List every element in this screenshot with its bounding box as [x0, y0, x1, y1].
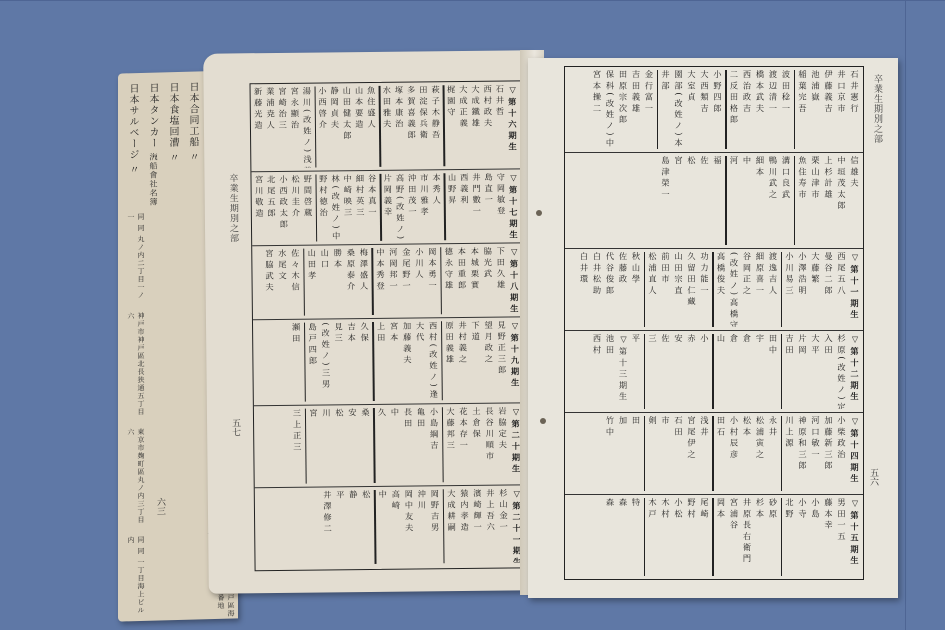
graduate-name: 原田義雄 [443, 321, 457, 400]
graduate-name: 井原長右衛門 [741, 498, 754, 576]
graduate-name: 川 [320, 408, 334, 483]
graduate-name: 宮尾伊之 [685, 416, 698, 491]
graduate-name: 静岡貞夫 [329, 86, 342, 167]
graduate-name: 島戸四郎 [306, 323, 320, 402]
graduate-name: 入田 [822, 334, 835, 409]
period-header: ▽第十六期生 [506, 84, 519, 165]
graduate-name: 渡辺清一 [767, 70, 780, 149]
column-divider [712, 334, 714, 409]
address: 東京市麹町區丸ノ内三丁目六 [126, 428, 146, 531]
graduate-name: 神原和三郎 [796, 416, 809, 491]
graduate-name: 代谷俊郎 [604, 252, 617, 327]
period-block: ▽第十四期生小柴政治加藤新三郎河口敏一神原和三郎川上源永井松浦寅之松本小村辰彦田… [565, 413, 863, 495]
graduate-name: 白井環 [578, 252, 591, 327]
graduate-name: 本城栗實 [468, 247, 482, 314]
graduate-name: 小野四郎 [711, 70, 724, 149]
graduate-name: 宮 [307, 409, 321, 484]
period-header: ▽第十五期生 [848, 498, 861, 576]
graduate-name: 森 [604, 498, 617, 576]
graduate-name: 森 [617, 498, 630, 576]
page-number: 五七 [229, 418, 242, 436]
graduate-name: 小寺 [796, 498, 809, 576]
graduate-name: 大平 [809, 334, 822, 409]
graduate-name: 島津榮一 [659, 156, 672, 245]
graduate-name: 新藤光造 [252, 87, 265, 168]
graduate-name: 小西政太郎 [278, 175, 291, 242]
graduate-name: 細原喜一 [754, 252, 767, 327]
column-divider [644, 498, 646, 576]
graduate-name: 脇光武 [481, 247, 495, 314]
graduate-name: 多賀喜義郎 [405, 85, 418, 166]
graduate-name: 西村政夫 [482, 85, 495, 166]
graduate-name: 田淀保兵衛 [418, 85, 431, 166]
graduate-name: 高崎 [389, 490, 403, 564]
graduate-name: 久留田仁藏 [685, 252, 698, 327]
graduate-name: 萩子木静吾 [430, 85, 443, 166]
graduate-name: 川上源 [783, 416, 796, 491]
graduate-name: 石井憲行 [848, 70, 861, 149]
graduate-name: 石田 [672, 416, 685, 491]
graduate-name: 小西啓介 [317, 86, 330, 167]
graduate-name: 吉田義雄 [630, 70, 643, 149]
graduate-name: 下田久雄 [494, 247, 508, 314]
graduate-name: 市 [659, 416, 672, 491]
graduate-name: 田 [630, 416, 643, 491]
graduate-name: 安 [346, 408, 360, 483]
section-title: 汽船會社名簿 [148, 152, 159, 206]
graduate-name: 小川人 [413, 247, 427, 314]
column-divider [781, 416, 783, 491]
graduate-name: 山野昇 [446, 173, 459, 240]
graduate-name: 宮浦谷 [728, 498, 741, 576]
graduate-name: 市川雅孝 [419, 173, 432, 240]
graduate-name: 田中 [767, 334, 780, 409]
left-page: 卒業生期別之部 五七 ▽第十六期生石井哲西村政夫大成鐵雄大成正義梶園守萩子木静吾… [203, 50, 535, 593]
graduate-name: 男田一五 [835, 498, 848, 576]
graduate-name: 小柴政治 [835, 416, 848, 491]
graduate-name: 金尾野一 [400, 248, 414, 315]
graduate-name: 溝口良武 [780, 156, 793, 245]
graduate-name: 井門數一 [471, 173, 484, 240]
graduate-name: 西村(改姓ノ)逢文夫 [426, 321, 440, 400]
page-number: 五六 [867, 468, 880, 486]
graduate-name: 岡本 [715, 498, 728, 576]
graduate-name: 岩脇定夫 [496, 407, 510, 482]
graduate-name: 細村英三 [354, 174, 367, 241]
graduate-name: 大室貞 [685, 70, 698, 149]
graduate-name: 福 [711, 156, 724, 245]
graduate-name: (改姓ノ)三男 [319, 322, 333, 401]
graduate-name: 松浦直人 [646, 252, 659, 327]
graduate-name: 石井哲 [494, 85, 507, 166]
graduate-name: 勝本 [331, 248, 345, 315]
graduate-name: 佐々木信 [289, 249, 303, 316]
graduate-name: 小島綱吉 [427, 407, 441, 482]
column-divider [781, 498, 783, 576]
graduate-name: 加藤義夫 [400, 322, 414, 401]
graduate-name: 中本秀登 [374, 248, 388, 315]
graduate-name: 松本 [741, 416, 754, 491]
graduate-name: 小村辰彦 [728, 416, 741, 491]
column-divider [712, 498, 714, 576]
graduate-name: 野間啓蔵 [302, 175, 315, 242]
graduate-name: 本秀人 [431, 173, 444, 240]
graduate-name: 秋山學 [630, 252, 643, 327]
graduate-name: ▽第十三期生 [617, 334, 630, 409]
graduate-name: 見三 [332, 322, 346, 401]
period-header: ▽第十八期生 [507, 246, 521, 313]
graduate-name: 浅井 [698, 416, 711, 491]
graduate-name: 岡中友夫 [402, 490, 416, 564]
column-divider [794, 156, 796, 245]
graduate-name: 稲葉完吾 [796, 70, 809, 149]
graduate-name: 宮脇武夫 [263, 249, 277, 316]
period-block: ▽第二十一期生杉山金一井上吾六濱崎輝一猿内孝造大成耕嗣岡野吉男沖川岡中友夫高崎中… [255, 485, 526, 568]
graduate-name: 宮 [672, 156, 685, 245]
graduate-name: 加藤新三郎 [822, 416, 835, 491]
graduate-name: 宮本操二 [591, 70, 604, 149]
graduate-name: 西尾五八 [835, 252, 848, 327]
graduate-name: 河口敏一 [809, 416, 822, 491]
graduate-name: 井村義之 [456, 321, 470, 400]
graduate-name: 梅澤盛人 [357, 248, 371, 315]
graduate-name: 大成耕嗣 [445, 489, 459, 563]
column-divider [725, 156, 727, 245]
graduate-name: 平 [334, 490, 348, 564]
graduate-name: 佐 [659, 334, 672, 409]
graduate-name: 中 [741, 156, 754, 245]
right-page: 卒業生期別之部 五六 石井憲行井口京市伊藤義吉池浦嶽稲葉完吾波田稔一渡辺清一橋本… [528, 58, 898, 598]
graduate-name: 中垣茂太郎 [835, 156, 848, 245]
period-header: ▽第十二期生 [848, 334, 861, 409]
graduate-name: 井口京市 [835, 70, 848, 149]
graduate-name: 大成正義 [458, 85, 471, 166]
period-block: ▽第十八期生下田久雄脇光武本城栗實本田重郎德永守雄岡本勇一小川人金尾野一河岡邦一… [252, 243, 523, 320]
graduate-name: 宇 [754, 334, 767, 409]
period-block: ▽第十九期生見野正三郎望月政之下道井村義之原田義雄西村(改姓ノ)逢文夫大代加藤義… [253, 317, 524, 406]
column-divider [725, 70, 727, 149]
column-divider [644, 252, 646, 327]
company-name: 日本合同工船 〃 [185, 81, 200, 251]
surface-edge-line [0, 0, 945, 1]
graduate-name: 中崎映三 [342, 174, 355, 241]
address: 神戸市神戸區北長狭通五丁目六 [126, 312, 146, 423]
graduate-name: 保科(改姓ノ)中登 [604, 70, 617, 149]
graduate-name: 見野正三郎 [495, 321, 509, 400]
graduate-name: 望月政之 [482, 321, 496, 400]
graduate-name: 岡本勇一 [426, 247, 440, 314]
graduate-name: 井部 [659, 70, 672, 149]
graduate-name: 山田宗直 [672, 252, 685, 327]
graduate-name: 田原宗次郎 [617, 70, 630, 149]
graduate-name: 井上吾六 [484, 489, 498, 563]
graduate-name: 杉本 [754, 498, 767, 576]
graduate-name: 大藤邦三 [444, 407, 458, 482]
graduate-name: 橋本武夫 [754, 70, 767, 149]
graduate-name: 山田孝 [305, 249, 319, 316]
address: 同 同 一丁目海上ビル内 [126, 536, 146, 621]
column-divider [712, 252, 714, 327]
graduate-name: 北尾五郎 [265, 175, 278, 242]
graduate-name: 尾崎 [698, 498, 711, 576]
graduate-name: 栗山津市 [809, 156, 822, 245]
graduate-name: 吉田 [783, 334, 796, 409]
graduate-name: 河岡邦一 [387, 248, 401, 315]
graduate-name: 沖田茂一 [406, 173, 419, 240]
graduate-name: 桑原泰介 [344, 248, 358, 315]
address-list: 同 同 丸ノ内二丁目一ノ一 神戸市神戸區北長狭通五丁目六 東京市麹町區丸ノ内三丁… [126, 213, 146, 622]
graduate-name: 鴨川武之 [767, 156, 780, 245]
graduate-name: 守岡敏登 [495, 173, 508, 240]
binding-hole [536, 210, 542, 216]
graduate-name: (改姓ノ)高橋守一 [728, 252, 741, 327]
graduate-name: 田石 [715, 416, 728, 491]
graduate-name: 砂原 [767, 498, 780, 576]
period-block: ▽第十二期生杉原(改姓ノ)定夫入田大平片岡吉田田中宇倉倉山小赤安佐三平▽第十三期… [565, 331, 863, 413]
graduate-name: 長谷川順市 [483, 407, 497, 482]
column-divider [781, 334, 783, 409]
graduate-name: 宮本 [387, 322, 401, 401]
graduate-name: 松 [360, 490, 374, 564]
graduate-name: 中 [376, 490, 390, 564]
address: 同 同 丸ノ内二丁目一ノ一 [126, 213, 146, 306]
graduate-name: 大代 [413, 321, 427, 400]
graduate-name: 岡野吉男 [428, 489, 442, 563]
graduate-name: 桑 [359, 408, 373, 483]
graduate-name: 功力能一 [698, 252, 711, 327]
graduate-name: 白井松助 [591, 252, 604, 327]
graduate-name: 加 [617, 416, 630, 491]
graduate-name: 大成鐵雄 [470, 85, 483, 166]
graduate-name: 木村 [659, 498, 672, 576]
graduate-name: 倉 [728, 334, 741, 409]
period-block: ▽第十六期生石井哲西村政夫大成鐵雄大成正義梶園守萩子木静吾田淀保兵衛多賀喜義郎塚… [251, 81, 522, 172]
graduate-name: 杉山金一 [497, 489, 511, 563]
graduate-name: 西義利 [459, 173, 472, 240]
graduate-name: 片岡 [796, 334, 809, 409]
period-header: ▽第十一期生 [848, 252, 861, 327]
graduate-name: 河 [728, 156, 741, 245]
graduate-name: 久 [375, 408, 389, 483]
graduate-name: 松 [333, 408, 347, 483]
graduate-name: 剣 [646, 416, 659, 491]
roster-table: ▽第十六期生石井哲西村政夫大成鐵雄大成正義梶園守萩子木静吾田淀保兵衛多賀喜義郎塚… [249, 80, 526, 571]
period-block: ▽第十一期生西尾五八曼谷二郎大藤繁小澤浩明小川易三渡逸吉人細原喜一谷岡正之(改姓… [565, 249, 863, 331]
graduate-name: 業浦尭人 [265, 87, 278, 168]
graduate-name: 前田市 [659, 252, 672, 327]
graduate-name: 小松 [672, 498, 685, 576]
graduate-name: 湯川(改姓ノ)浅義一 [301, 87, 314, 168]
graduate-name: 宮崎治三 [277, 87, 290, 168]
graduate-name: 長田 [401, 408, 415, 483]
graduate-name: 曼谷二郎 [822, 252, 835, 327]
graduate-name: 高橋俊夫 [715, 252, 728, 327]
graduate-name: 木戸 [646, 498, 659, 576]
graduate-name: 谷岡正之 [741, 252, 754, 327]
graduate-name: 魚住盛人 [365, 86, 378, 167]
graduate-name: 水尾文 [276, 249, 290, 316]
column-divider [794, 70, 796, 149]
roster-table: 石井憲行井口京市伊藤義吉池浦嶽稲葉完吾波田稔一渡辺清一橋本武夫西治政吉二反田格郎… [564, 66, 864, 580]
period-block: ▽第十五期生男田一五藤本幸小島小寺北野砂原杉本井原長右衛門宮浦谷岡本尾崎野村小松… [565, 495, 863, 579]
graduate-name: 松浦寅之 [754, 416, 767, 491]
graduate-name: 上田 [374, 322, 388, 401]
graduate-name: 下道 [469, 321, 483, 400]
graduate-name: 野村徳治 [318, 174, 331, 241]
column-divider [781, 252, 783, 327]
graduate-name: 宮永顯治 [289, 87, 302, 168]
graduate-name: 金行富一 [643, 70, 656, 149]
graduate-name: 沖川 [415, 489, 429, 563]
period-block: 石井憲行井口京市伊藤義吉池浦嶽稲葉完吾波田稔一渡辺清一橋本武夫西治政吉二反田格郎… [565, 67, 863, 153]
graduate-name: 水田雅夫 [381, 86, 394, 167]
graduate-name: 園部(改姓ノ)本一弘 [672, 70, 685, 149]
graduate-name: 安 [672, 334, 685, 409]
graduate-name: 池浦嶽 [809, 70, 822, 149]
graduate-name: 三上正三 [290, 409, 304, 484]
graduate-name: 二反田格郎 [728, 70, 741, 149]
graduate-name: 大藤繁 [809, 252, 822, 327]
graduate-name: 竹中 [604, 416, 617, 491]
graduate-name: 久保 [358, 322, 372, 401]
graduate-name: 德永守雄 [442, 247, 456, 314]
graduate-name: 上杉計雄 [822, 156, 835, 245]
graduate-name: 猿内孝造 [458, 489, 472, 563]
page-number: 六三 [154, 497, 167, 515]
graduate-name: 片岡義幸 [382, 174, 395, 241]
graduate-name: 北野 [783, 498, 796, 576]
period-block: ▽第十七期生守岡敏登島直一井門數一西義利山野昇本秀人市川雅孝沖田茂一高野(改姓ノ… [251, 169, 522, 246]
running-head: 卒業生期別之部 [226, 173, 240, 243]
graduate-name: 亀田 [414, 407, 428, 482]
graduate-name: 赤 [685, 334, 698, 409]
graduate-name: 塚本康治 [393, 86, 406, 167]
graduate-name: 山口 [318, 248, 332, 315]
binding-hole [540, 418, 546, 424]
graduate-name: 平 [630, 334, 643, 409]
column-divider [657, 70, 659, 149]
graduate-name: 静 [347, 490, 361, 564]
graduate-name: 本田重郎 [455, 247, 469, 314]
graduate-name: 林(改姓ノ)中谷成夫 [330, 174, 343, 241]
graduate-name: 宮川敬造 [253, 175, 266, 242]
graduate-name: 井澤修二 [321, 490, 335, 564]
surface-edge-line [905, 0, 906, 630]
period-block: 信雄夫中垣茂太郎上杉計雄栗山津市魚住寿市溝口良武鴨川武之細本中河福佐松宮島津榮一 [565, 153, 863, 249]
graduate-name: 濱崎輝一 [471, 489, 485, 563]
graduate-name: 谷本真一 [366, 174, 379, 241]
graduate-name: 永井 [767, 416, 780, 491]
graduate-name: 藤本幸 [822, 498, 835, 576]
graduate-name: 山田健太郎 [341, 86, 354, 167]
graduate-name: 吉本 [345, 322, 359, 401]
graduate-name: 高野(改姓ノ)金谷德雄 [394, 174, 407, 241]
period-block: ▽第二十期生岩脇定夫長谷川順市土倉保花本存一大藤邦三小島綱吉亀田長田中久桑安松川… [254, 403, 525, 488]
graduate-name: 梶園守 [445, 85, 458, 166]
graduate-name: 小澤浩明 [796, 252, 809, 327]
graduate-name: 細本 [754, 156, 767, 245]
graduate-name: 杉原(改姓ノ)定夫 [835, 334, 848, 409]
graduate-name: 土倉保 [470, 407, 484, 482]
column-divider [644, 334, 646, 409]
graduate-name: 野村 [685, 498, 698, 576]
graduate-name: 瀬田 [290, 323, 304, 402]
graduate-name: 花本存一 [457, 407, 471, 482]
graduate-name: 信雄夫 [848, 156, 861, 245]
graduate-name: 池田 [604, 334, 617, 409]
column-divider [644, 416, 646, 491]
graduate-name: 西治政吉 [741, 70, 754, 149]
graduate-name: 佐 [698, 156, 711, 245]
graduate-name: 魚住寿市 [796, 156, 809, 245]
graduate-name: 倉 [741, 334, 754, 409]
graduate-name: 伊藤義吉 [822, 70, 835, 149]
column-divider [712, 416, 714, 491]
graduate-name: 三 [646, 334, 659, 409]
graduate-name: 松川圭介 [290, 175, 303, 242]
graduate-name: 中 [388, 408, 402, 483]
period-header: ▽第十四期生 [848, 416, 861, 491]
company-name: 日本食塩回漕 〃 [165, 82, 180, 252]
graduate-name: 小川易三 [783, 252, 796, 327]
graduate-name: 島直一 [483, 173, 496, 240]
graduate-name: 渡逸吉人 [767, 252, 780, 327]
graduate-name: 小島 [809, 498, 822, 576]
graduate-name: 大西類吉 [698, 70, 711, 149]
graduate-name: 佐藤政 [617, 252, 630, 327]
graduate-name: 松 [685, 156, 698, 245]
graduate-name: 小 [698, 334, 711, 409]
graduate-name: 西村 [591, 334, 604, 409]
graduate-name: 山本要造 [353, 86, 366, 167]
graduate-name: 波田稔一 [780, 70, 793, 149]
graduate-name: 山 [715, 334, 728, 409]
graduate-name: 特 [630, 498, 643, 576]
period-header: ▽第十七期生 [507, 172, 520, 239]
running-head: 卒業生期別之部 [871, 74, 884, 144]
